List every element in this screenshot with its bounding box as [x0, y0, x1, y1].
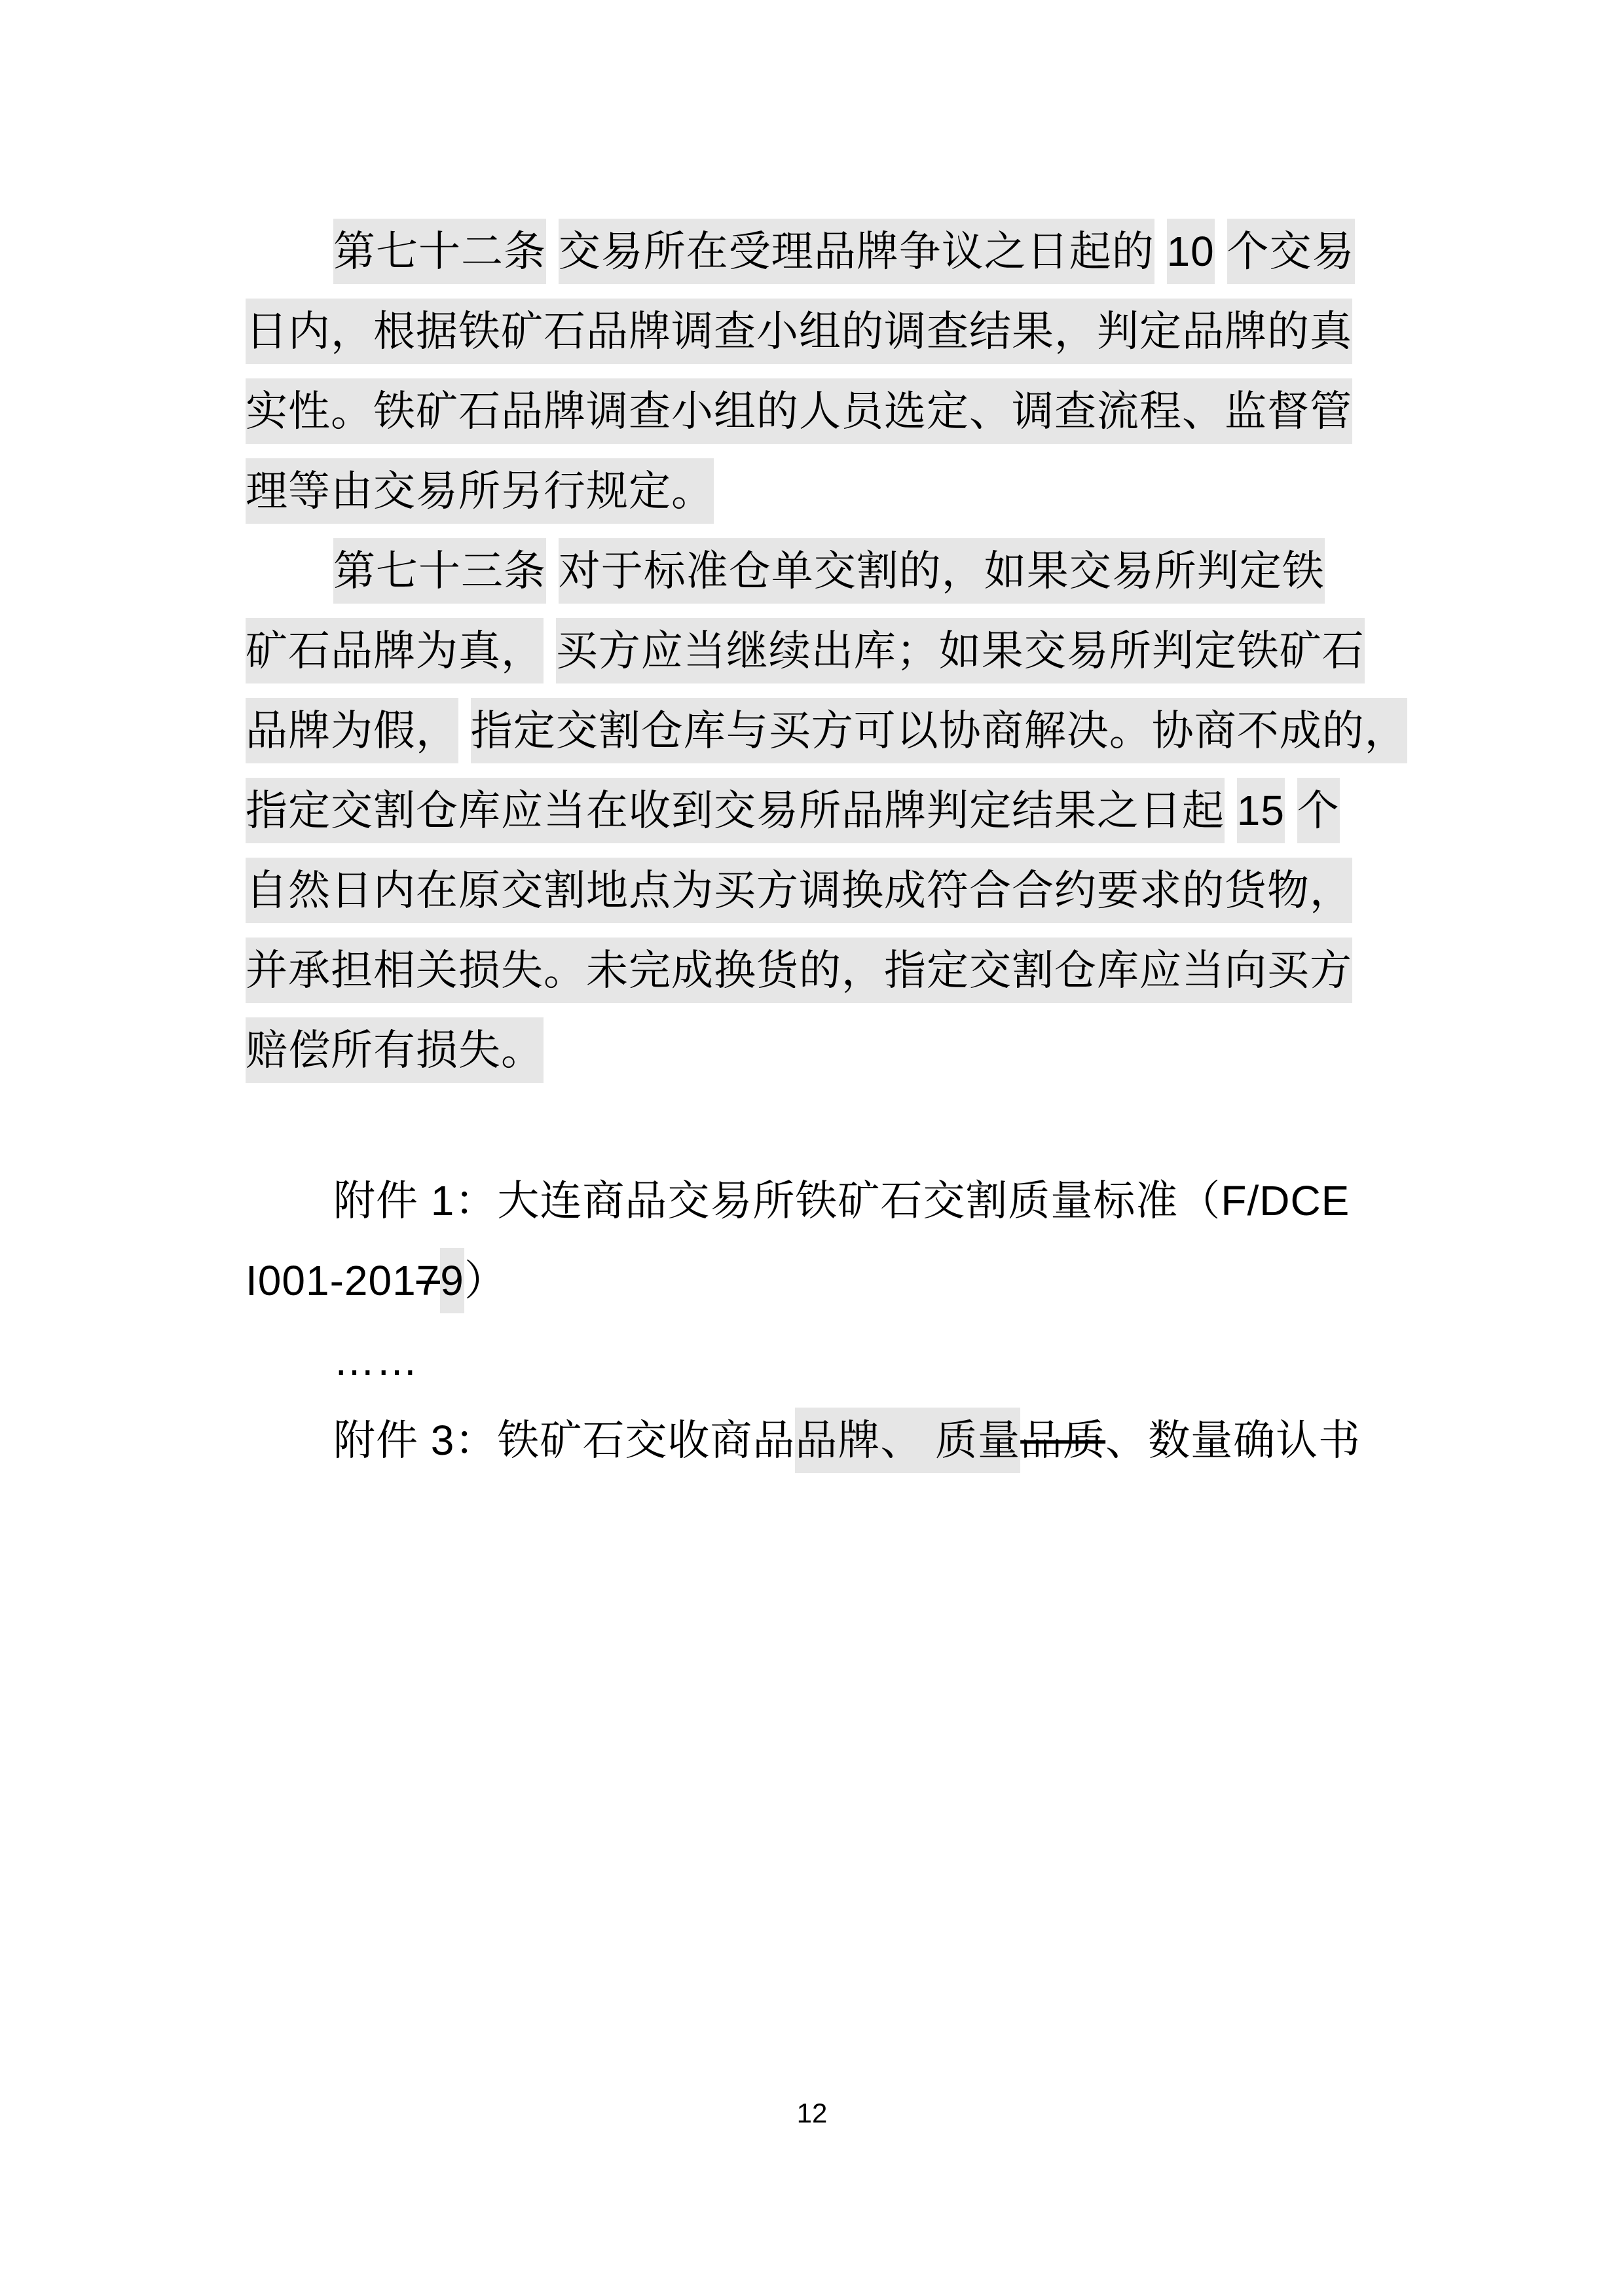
text-line-attachment-3: 附件 3：铁矿石交收商品品牌、 质量品质、数量确认书 — [246, 1400, 1378, 1480]
text-run — [546, 547, 559, 594]
text-line-attachment-1: I001-20179） — [246, 1241, 1378, 1321]
text-run: 9 — [440, 1248, 464, 1313]
text-run — [544, 627, 556, 674]
text-run: 自然日内在原交割地点为买方调换成符合合约要求的货物， — [246, 858, 1352, 923]
text-run: ） — [464, 1257, 507, 1304]
text-run: 个 — [1297, 778, 1340, 843]
text-run: 理等由交易所另行规定。 — [246, 458, 714, 524]
text-line-article-73: 第七十三条 对于标准仓单交割的，如果交易所判定铁 — [246, 531, 1378, 611]
text-run — [458, 707, 471, 754]
text-run — [546, 228, 559, 275]
text-line-article-73: 矿石品牌为真， 买方应当继续出库；如果交易所判定铁矿石 — [246, 611, 1378, 691]
text-line-article-73: 指定交割仓库应当在收到交易所品牌判定结果之日起 15 个 — [246, 771, 1378, 850]
text-run: 交易所在受理品牌争议之日起的 — [559, 219, 1154, 284]
text-line-article-73: 品牌为假， 指定交割仓库与买方可以协商解决。协商不成的， — [246, 691, 1378, 771]
text-run: 10 — [1167, 219, 1215, 284]
text-run: 第七十三条 — [333, 538, 546, 604]
text-line-article-72: 理等由交易所另行规定。 — [246, 451, 1378, 531]
text-run: I001-201 — [246, 1257, 416, 1304]
text-line-article-73: 自然日内在原交割地点为买方调换成符合合约要求的货物， — [246, 850, 1378, 930]
document-body: 第七十二条 交易所在受理品牌争议之日起的 10 个交易日内，根据铁矿石品牌调查小… — [246, 211, 1378, 1480]
text-line-article-72: 实性。铁矿石品牌调查小组的人员选定、调查流程、监督管 — [246, 371, 1378, 451]
text-run: 指定交割仓库应当在收到交易所品牌判定结果之日起 — [246, 778, 1225, 843]
paragraph-spacer — [246, 1090, 1378, 1161]
text-run: 7 — [416, 1257, 441, 1304]
text-run: 实性。铁矿石品牌调查小组的人员选定、调查流程、监督管 — [246, 378, 1352, 444]
text-run: 品质 — [1020, 1417, 1105, 1464]
text-run: 对于标准仓单交割的，如果交易所判定铁 — [559, 538, 1325, 604]
text-run: 矿石品牌为真， — [246, 618, 544, 683]
text-run: …… — [333, 1337, 418, 1384]
text-line-attachment-1: 附件 1：大连商品交易所铁矿石交割质量标准（F/DCE — [246, 1161, 1378, 1241]
text-run: 个交易 — [1227, 219, 1355, 284]
text-run: 15 — [1237, 778, 1285, 843]
text-line-article-72: 第七十二条 交易所在受理品牌争议之日起的 10 个交易 — [246, 211, 1378, 291]
text-run — [1215, 228, 1227, 275]
text-line-article-72: 日内，根据铁矿石品牌调查小组的调查结果，判定品牌的真 — [246, 291, 1378, 371]
text-run — [1285, 787, 1297, 834]
text-run: 品牌为假， — [246, 698, 458, 763]
text-run — [1225, 787, 1237, 834]
page-number: 12 — [773, 2098, 851, 2129]
text-run: 品牌、 质量 — [795, 1408, 1020, 1473]
text-line-article-73: 赔偿所有损失。 — [246, 1010, 1378, 1090]
text-run: 买方应当继续出库；如果交易所判定铁矿石 — [556, 618, 1365, 683]
text-run: 赔偿所有损失。 — [246, 1017, 544, 1083]
text-line-ellipsis: …… — [246, 1321, 1378, 1400]
text-run: 附件 3：铁矿石交收商品 — [333, 1417, 795, 1464]
text-run: 指定交割仓库与买方可以协商解决。协商不成的， — [471, 698, 1407, 763]
text-run: 日内，根据铁矿石品牌调查小组的调查结果，判定品牌的真 — [246, 299, 1352, 364]
document-page: 第七十二条 交易所在受理品牌争议之日起的 10 个交易日内，根据铁矿石品牌调查小… — [0, 0, 1624, 2296]
text-run: 、数量确认书 — [1105, 1417, 1361, 1464]
text-run: 附件 1：大连商品交易所铁矿石交割质量标准（F/DCE — [333, 1177, 1350, 1224]
text-run — [1154, 228, 1167, 275]
text-run: 第七十二条 — [333, 219, 546, 284]
text-line-article-73: 并承担相关损失。未完成换货的，指定交割仓库应当向买方 — [246, 930, 1378, 1010]
text-run: 并承担相关损失。未完成换货的，指定交割仓库应当向买方 — [246, 938, 1352, 1003]
